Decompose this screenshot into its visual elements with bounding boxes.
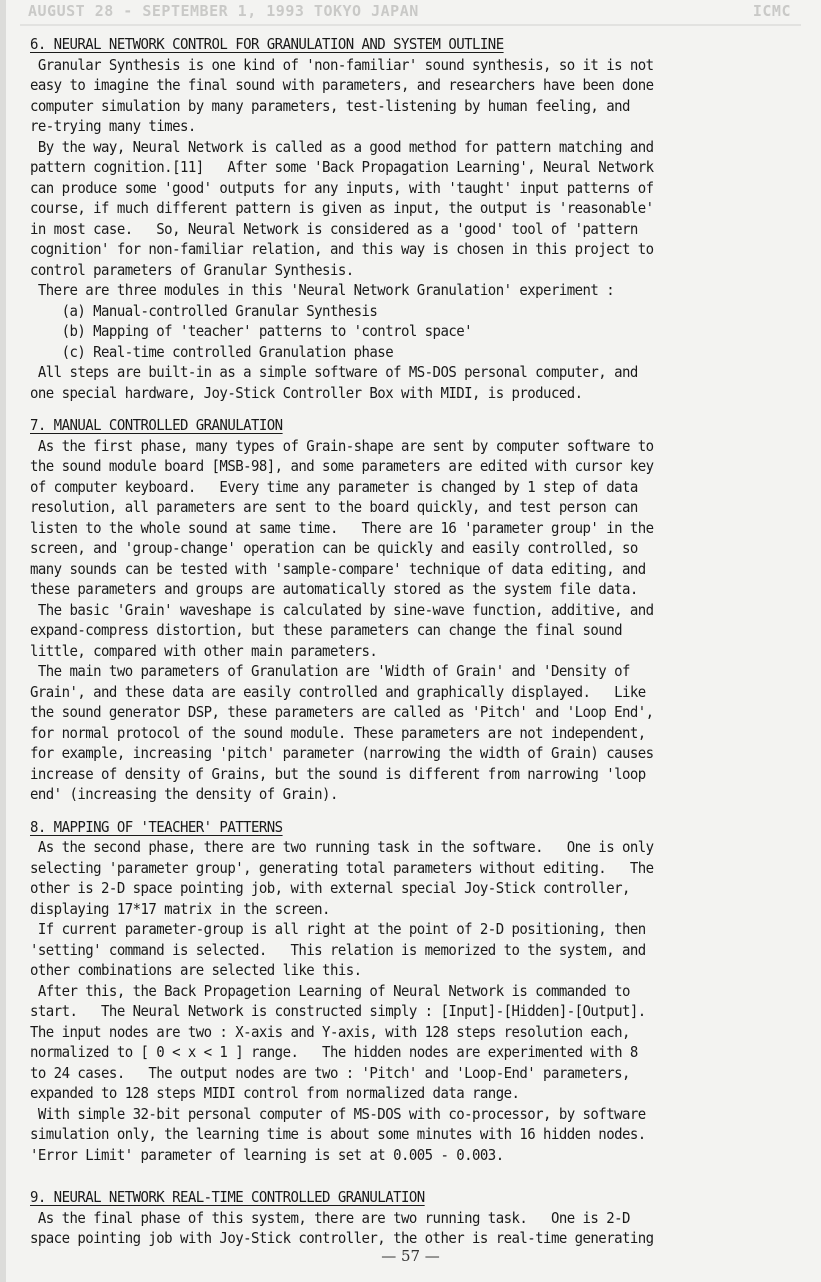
text-line: simulation only, the learning time is ab…: [30, 1124, 744, 1145]
text-line: (b) Mapping of 'teacher' patterns to 'co…: [30, 321, 744, 342]
text-line: the sound module board [MSB-98], and som…: [30, 456, 744, 477]
text-line: start. The Neural Network is constructed…: [30, 1001, 744, 1022]
section-heading: 6. NEURAL NETWORK CONTROL FOR GRANULATIO…: [30, 34, 744, 55]
text-line: Grain', and these data are easily contro…: [30, 682, 744, 703]
text-line: re-trying many times.: [30, 116, 744, 137]
text-line: pattern cognition.[11] After some 'Back …: [30, 157, 744, 178]
text-line: As the final phase of this system, there…: [30, 1208, 744, 1229]
running-header-left: AUGUST 28 - SEPTEMBER 1, 1993 TOKYO JAPA…: [28, 2, 419, 20]
text-line: control parameters of Granular Synthesis…: [30, 260, 744, 281]
text-line: expand-compress distortion, but these pa…: [30, 620, 744, 641]
text-line: the sound generator DSP, these parameter…: [30, 702, 744, 723]
text-line: (c) Real-time controlled Granulation pha…: [30, 342, 744, 363]
running-header: AUGUST 28 - SEPTEMBER 1, 1993 TOKYO JAPA…: [28, 2, 791, 20]
text-line: these parameters and groups are automati…: [30, 579, 744, 600]
text-line: The main two parameters of Granulation a…: [30, 661, 744, 682]
text-line: As the first phase, many types of Grain-…: [30, 436, 744, 457]
text-line: space pointing job with Joy-Stick contro…: [30, 1228, 744, 1249]
text-line: normalized to [ 0 < x < 1 ] range. The h…: [30, 1042, 744, 1063]
text-line: (a) Manual-controlled Granular Synthesis: [30, 301, 744, 322]
text-line: cognition' for non-familiar relation, an…: [30, 239, 744, 260]
text-line: little, compared with other main paramet…: [30, 641, 744, 662]
text-line: screen, and 'group-change' operation can…: [30, 538, 744, 559]
text-line: After this, the Back Propagetion Learnin…: [30, 981, 744, 1002]
text-line: If current parameter-group is all right …: [30, 919, 744, 940]
section-gap: [30, 805, 744, 817]
text-line: selecting 'parameter group', generating …: [30, 858, 744, 879]
section-heading: 8. MAPPING OF 'TEACHER' PATTERNS: [30, 817, 744, 838]
text-line: The basic 'Grain' waveshape is calculate…: [30, 600, 744, 621]
text-line: increase of density of Grains, but the s…: [30, 764, 744, 785]
text-line: course, if much different pattern is giv…: [30, 198, 744, 219]
text-line: to 24 cases. The output nodes are two : …: [30, 1063, 744, 1084]
page-number: — 57 —: [0, 1247, 821, 1265]
text-line: resolution, all parameters are sent to t…: [30, 497, 744, 518]
text-line: can produce some 'good' outputs for any …: [30, 178, 744, 199]
text-line: All steps are built-in as a simple softw…: [30, 362, 744, 383]
text-line: With simple 32-bit personal computer of …: [30, 1104, 744, 1125]
text-line: for normal protocol of the sound module.…: [30, 723, 744, 744]
text-line: listen to the whole sound at same time. …: [30, 518, 744, 539]
header-rule: [20, 24, 801, 26]
text-line: easy to imagine the final sound with par…: [30, 75, 744, 96]
section-heading: 7. MANUAL CONTROLLED GRANULATION: [30, 415, 744, 436]
text-line: of computer keyboard. Every time any par…: [30, 477, 744, 498]
text-line: Granular Synthesis is one kind of 'non-f…: [30, 55, 744, 76]
page-body: 6. NEURAL NETWORK CONTROL FOR GRANULATIO…: [30, 34, 744, 1249]
text-line: expanded to 128 steps MIDI control from …: [30, 1083, 744, 1104]
text-line: displaying 17*17 matrix in the screen.: [30, 899, 744, 920]
text-line: computer simulation by many parameters, …: [30, 96, 744, 117]
text-line: one special hardware, Joy-Stick Controll…: [30, 383, 744, 404]
text-line: 'Error Limit' parameter of learning is s…: [30, 1145, 744, 1166]
scan-edge: [0, 0, 6, 1282]
text-line: 'setting' command is selected. This rela…: [30, 940, 744, 961]
running-header-right: ICMC: [753, 2, 791, 20]
section-gap: [30, 1165, 744, 1187]
section-heading: 9. NEURAL NETWORK REAL-TIME CONTROLLED G…: [30, 1187, 744, 1208]
text-line: end' (increasing the density of Grain).: [30, 784, 744, 805]
text-line: As the second phase, there are two runni…: [30, 837, 744, 858]
text-line: many sounds can be tested with 'sample-c…: [30, 559, 744, 580]
text-line: There are three modules in this 'Neural …: [30, 280, 744, 301]
text-line: By the way, Neural Network is called as …: [30, 137, 744, 158]
section-gap: [30, 403, 744, 415]
text-line: The input nodes are two : X-axis and Y-a…: [30, 1022, 744, 1043]
text-line: other is 2-D space pointing job, with ex…: [30, 878, 744, 899]
text-line: in most case. So, Neural Network is cons…: [30, 219, 744, 240]
text-line: for example, increasing 'pitch' paramete…: [30, 743, 744, 764]
text-line: other combinations are selected like thi…: [30, 960, 744, 981]
